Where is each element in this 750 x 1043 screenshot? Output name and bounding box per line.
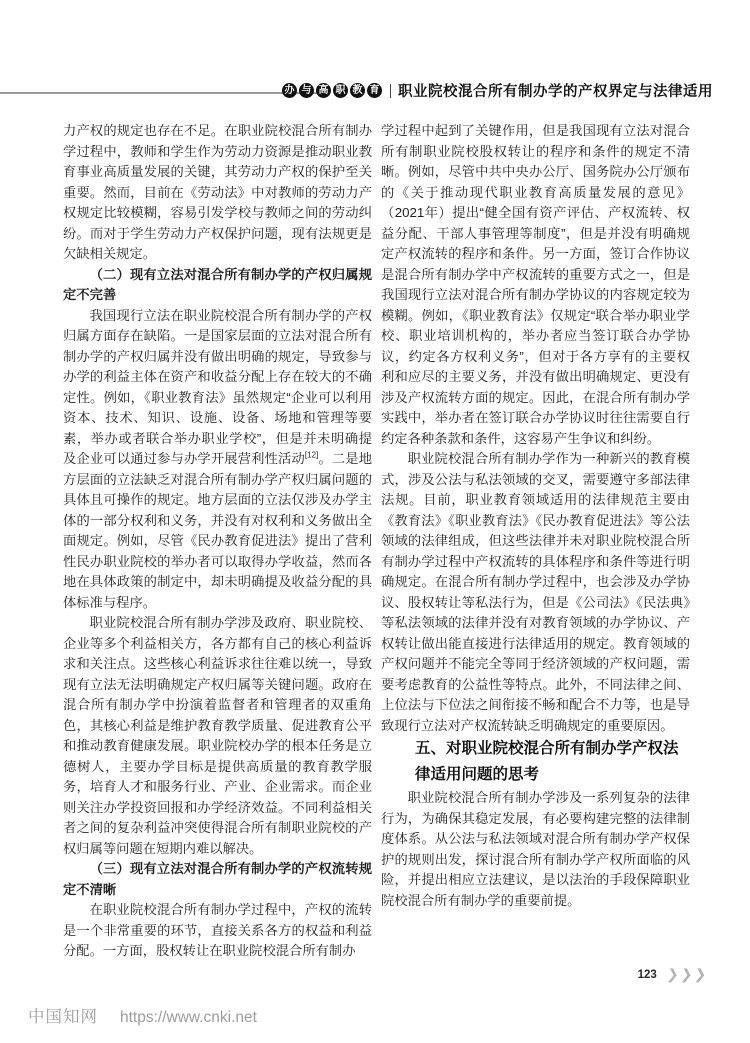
paragraph: 职业院校混合所有制办学涉及一系列复杂的法律行为，为确保其稳定发展，有必要构建完整…: [381, 788, 690, 911]
cnki-site-url: https://www.cnki.net: [120, 1009, 257, 1027]
subsection-heading-3: （三）现有立法对混合所有制办学的产权流转规定不清晰: [63, 859, 372, 900]
paragraph: 我国现行立法在职业院校混合所有制办学的产权归属方面存在缺陷。一是国家层面的立法对…: [63, 306, 372, 614]
header-divider-line: [0, 92, 326, 94]
badge-char-icon: 高: [316, 83, 331, 98]
page-number: 123: [638, 969, 657, 981]
left-column: 力产权的规定也存在不足。在职业院校混合所有制办学过程中，教师和学生作为劳动力资源…: [63, 121, 372, 962]
paragraph-text: 我国现行立法在职业院校混合所有制办学的产权归属方面存在缺陷。一是国家层面的立法对…: [63, 308, 372, 467]
badge-char-icon: 与: [299, 83, 314, 98]
cnki-watermark: 中国知网 https://www.cnki.net: [28, 1003, 257, 1027]
badge-char-icon: 办: [282, 83, 297, 98]
page-footer-right: 123 ❯❯❯: [638, 966, 708, 983]
cnki-site-name: 中国知网: [28, 1003, 98, 1027]
header-separator: [390, 84, 391, 98]
paragraph: 力产权的规定也存在不足。在职业院校混合所有制办学过程中，教师和学生作为劳动力资源…: [63, 121, 372, 265]
badge-char-icon: 教: [350, 83, 365, 98]
citation-marker: [12]: [305, 451, 318, 460]
section-heading-5: 五、对职业院校混合所有制办学产权法律适用问题的思考: [381, 736, 690, 788]
badge-char-icon: 职: [333, 83, 348, 98]
page-header: 办 与 高 职 教 育 职业院校混合所有制办学的产权界定与法律适用: [282, 80, 713, 101]
right-column: 学过程中起到了关键作用，但是我国现有立法对混合所有制职业院校股权转让的程序和条件…: [381, 121, 690, 962]
journal-column-badge: 办 与 高 职 教 育: [282, 83, 382, 98]
paragraph: 学过程中起到了关键作用，但是我国现有立法对混合所有制职业院校股权转让的程序和条件…: [381, 121, 690, 449]
badge-char-icon: 育: [367, 83, 382, 98]
paragraph: 职业院校混合所有制办学作为一种新兴的教育模式，涉及公法与私法领域的交叉，需要遵守…: [381, 449, 690, 736]
paragraph: 职业院校混合所有制办学涉及政府、职业院校、企业等多个利益相关方，各方都有自己的核…: [63, 613, 372, 859]
chevron-right-icon: ❯❯❯: [666, 966, 710, 983]
subsection-heading-2: （二）现有立法对混合所有制办学的产权归属规定不完善: [63, 265, 372, 306]
paragraph: 在职业院校混合所有制办学过程中，产权的流转是一个非常重要的环节，直接关系各方的权…: [63, 900, 372, 962]
article-body: 力产权的规定也存在不足。在职业院校混合所有制办学过程中，教师和学生作为劳动力资源…: [63, 121, 690, 962]
paragraph-text: 。二是地方层面的立法缺乏对混合所有制办学产权归属问题的具体且可操作的规定。地方层…: [63, 451, 372, 610]
running-head-article-title: 职业院校混合所有制办学的产权界定与法律适用: [398, 80, 713, 101]
